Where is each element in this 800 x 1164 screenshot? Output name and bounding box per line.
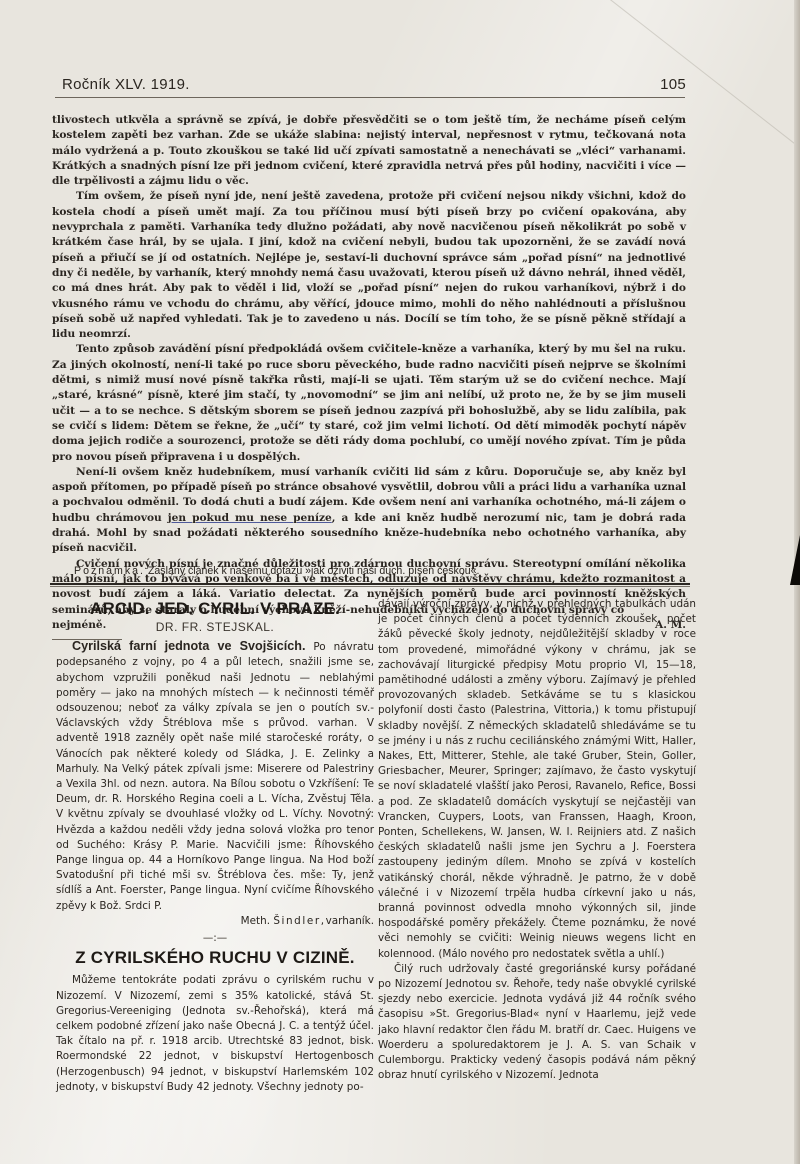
left-column: ARCID. JED. CYRIL. V PRAZE. DR. FR. STEJ… — [56, 598, 374, 1095]
header-rule — [55, 97, 685, 98]
report-heading: Cyrilská farní jednota ve Svojšicích. — [72, 639, 305, 653]
note-text: Zaslaný článek k našemu dotazu »jak oživ… — [145, 565, 479, 577]
scanned-page: Ročník XLV. 1919. 105 tlivostech utkvěla… — [0, 0, 800, 1164]
report-text: Po návratu podepsaného z vojny, po 4 a p… — [56, 641, 374, 911]
report-paragraph: Cyrilská farní jednota ve Svojšicích. Po… — [56, 639, 374, 914]
article-paragraph: Není-li ovšem kněz hudebníkem, musí varh… — [52, 465, 686, 557]
right-column: dávají výroční zprávy, v nichž v přehled… — [378, 597, 696, 1084]
section-title: Z CYRILSKÉHO RUCHU V CIZINĚ. — [56, 950, 374, 965]
volume-label: Ročník XLV. 1919. — [62, 76, 190, 93]
signer-title: varhaník. — [326, 915, 374, 927]
signer-name: Šindler, — [273, 915, 325, 927]
page-number: 105 — [660, 76, 686, 93]
editorial-note: Poznámka. Zaslaný článek k našemu dotazu… — [52, 565, 708, 577]
report-paragraph: Čilý ruch udržovaly časté gregoriánské k… — [378, 962, 696, 1084]
section-author: DR. FR. STEJSKAL. — [56, 620, 374, 635]
report-paragraph: Můžeme tentokráte podati zprávu o cyrils… — [56, 973, 374, 1095]
article-paragraph: tlivostech utkvěla a správně se zpívá, j… — [52, 113, 686, 189]
article-paragraph: Tím ovšem, že píseň nyní jde, není ještě… — [52, 189, 686, 342]
section-divider-thin — [50, 586, 690, 587]
running-header: Ročník XLV. 1919. 105 — [62, 76, 686, 93]
separator-mark: —:— — [56, 931, 374, 946]
section-divider — [50, 583, 690, 585]
report-signer: Meth. Šindler,varhaník. — [56, 914, 374, 929]
signer-role: Meth. — [241, 915, 270, 927]
note-label: Poznámka. — [74, 565, 145, 577]
section-title: ARCID. JED. CYRIL. V PRAZE. — [56, 598, 374, 620]
report-paragraph: dávají výroční zprávy, v nichž v přehled… — [378, 597, 696, 962]
pen-underlined-phrase: jen pokud mu nese peníze — [168, 512, 332, 524]
article-paragraph: Tento způsob zavádění písní předpokládá … — [52, 342, 686, 464]
page-tear-mark — [790, 535, 800, 585]
